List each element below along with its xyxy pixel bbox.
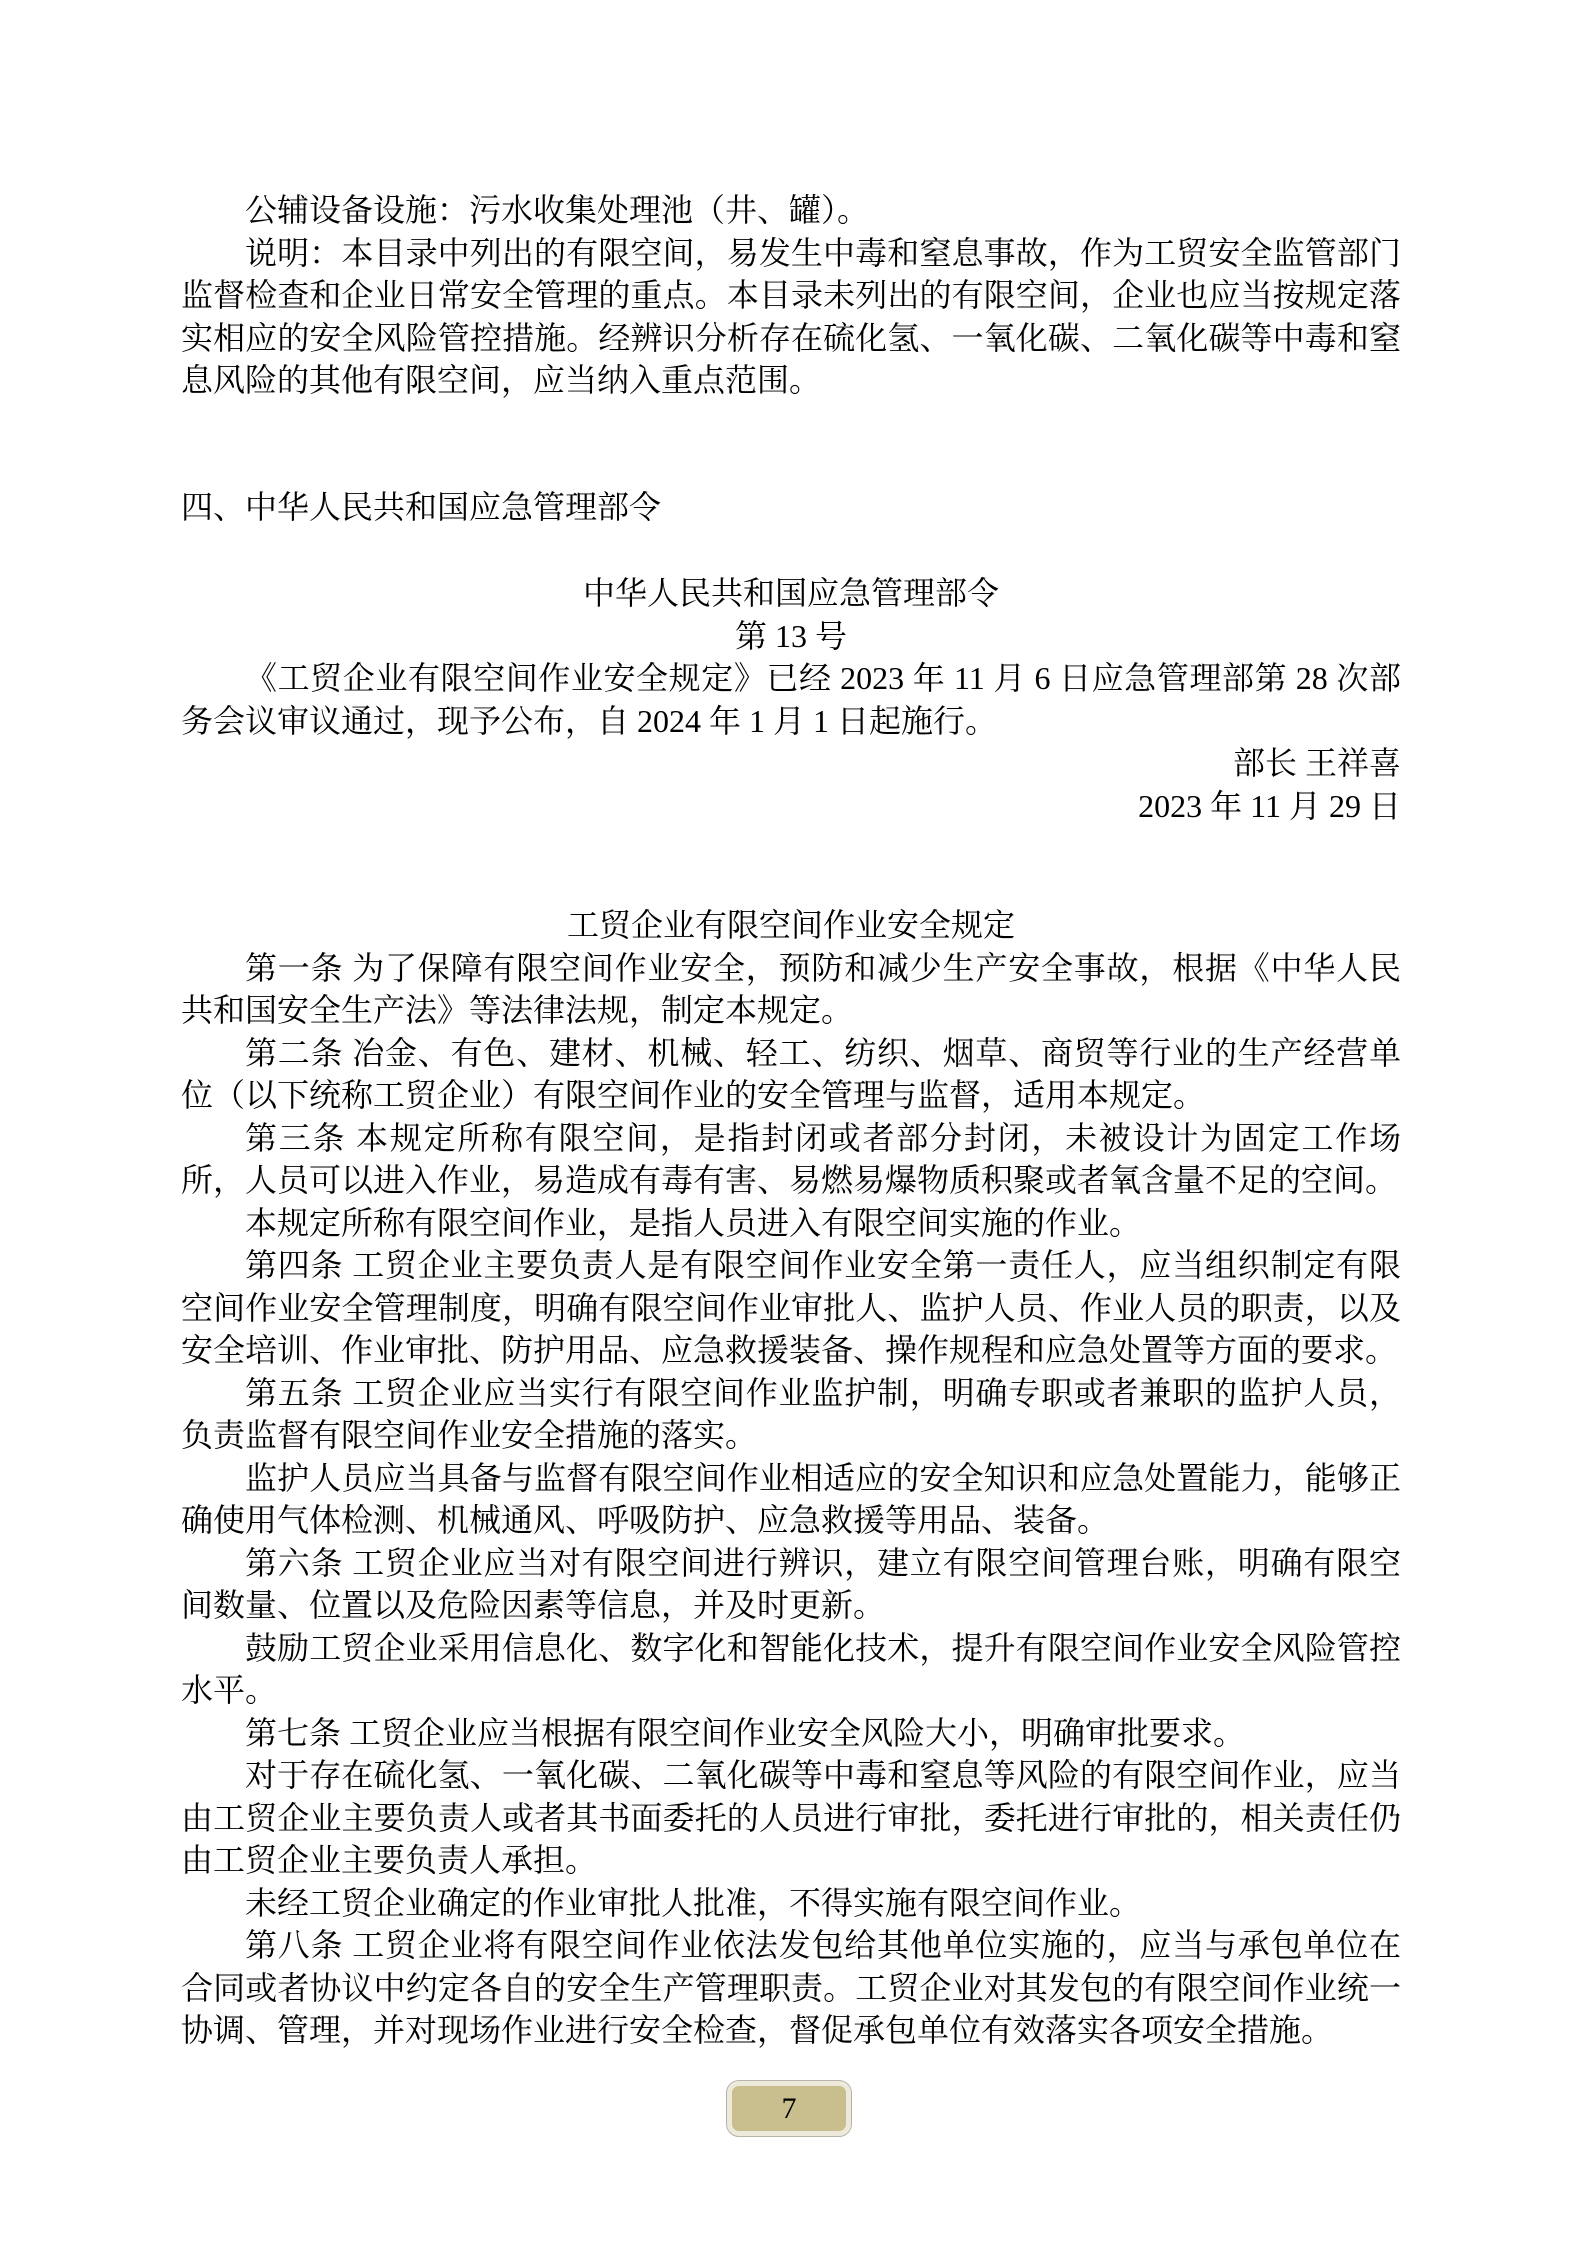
article-4-paragraph: 第四条 工贸企业主要负责人是有限空间作业安全第一责任人，应当组织制定有限空间作业… xyxy=(181,1244,1401,1372)
order-number: 第 13 号 xyxy=(181,615,1401,658)
article-6-paragraph: 第六条 工贸企业应当对有限空间进行辨识，建立有限空间管理台账，明确有限空间数量、… xyxy=(181,1542,1401,1627)
article-2-paragraph: 第二条 冶金、有色、建材、机械、轻工、纺织、烟草、商贸等行业的生产经营单位（以下… xyxy=(181,1032,1401,1117)
article-3-continuation-paragraph: 本规定所称有限空间作业，是指人员进入有限空间实施的作业。 xyxy=(181,1202,1401,1245)
aux-facilities-line: 公辅设备设施：污水收集处理池（井、罐）。 xyxy=(181,189,1401,232)
article-7-paragraph: 第七条 工贸企业应当根据有限空间作业安全风险大小，明确审批要求。 xyxy=(181,1712,1401,1755)
article-6-continuation-paragraph: 鼓励工贸企业采用信息化、数字化和智能化技术，提升有限空间作业安全风险管控水平。 xyxy=(181,1627,1401,1712)
document-body: 公辅设备设施：污水收集处理池（井、罐）。 说明：本目录中列出的有限空间，易发生中… xyxy=(181,0,1401,2052)
signature-date: 2023 年 11 月 29 日 xyxy=(181,785,1401,828)
article-5-continuation-paragraph: 监护人员应当具备与监督有限空间作业相适应的安全知识和应急处置能力，能够正确使用气… xyxy=(181,1457,1401,1542)
regulation-title: 工贸企业有限空间作业安全规定 xyxy=(181,904,1401,947)
page-number-badge: 7 xyxy=(727,2081,851,2136)
article-7-continuation-paragraph: 对于存在硫化氢、一氧化碳、二氧化碳等中毒和窒息等风险的有限空间作业，应当由工贸企… xyxy=(181,1754,1401,1882)
document-page: 公辅设备设施：污水收集处理池（井、罐）。 说明：本目录中列出的有限空间，易发生中… xyxy=(0,0,1588,2257)
section-4-heading: 四、中华人民共和国应急管理部令 xyxy=(181,486,1401,529)
article-1-paragraph: 第一条 为了保障有限空间作业安全，预防和减少生产安全事故，根据《中华人民共和国安… xyxy=(181,947,1401,1032)
article-5-paragraph: 第五条 工贸企业应当实行有限空间作业监护制，明确专职或者兼职的监护人员，负责监督… xyxy=(181,1372,1401,1457)
ministry-order-title: 中华人民共和国应急管理部令 xyxy=(181,572,1401,615)
article-7-approval-paragraph: 未经工贸企业确定的作业审批人批准，不得实施有限空间作业。 xyxy=(181,1882,1401,1925)
order-announcement-paragraph: 《工贸企业有限空间作业安全规定》已经 2023 年 11 月 6 日应急管理部第… xyxy=(181,657,1401,742)
catalog-note-paragraph: 说明：本目录中列出的有限空间，易发生中毒和窒息事故，作为工贸安全监管部门监督检查… xyxy=(181,232,1401,402)
article-3-paragraph: 第三条 本规定所称有限空间，是指封闭或者部分封闭，未被设计为固定工作场所，人员可… xyxy=(181,1117,1401,1202)
article-8-paragraph: 第八条 工贸企业将有限空间作业依法发包给其他单位实施的，应当与承包单位在合同或者… xyxy=(181,1924,1401,2052)
minister-signature: 部长 王祥喜 xyxy=(181,742,1401,785)
page-number: 7 xyxy=(782,2094,797,2124)
